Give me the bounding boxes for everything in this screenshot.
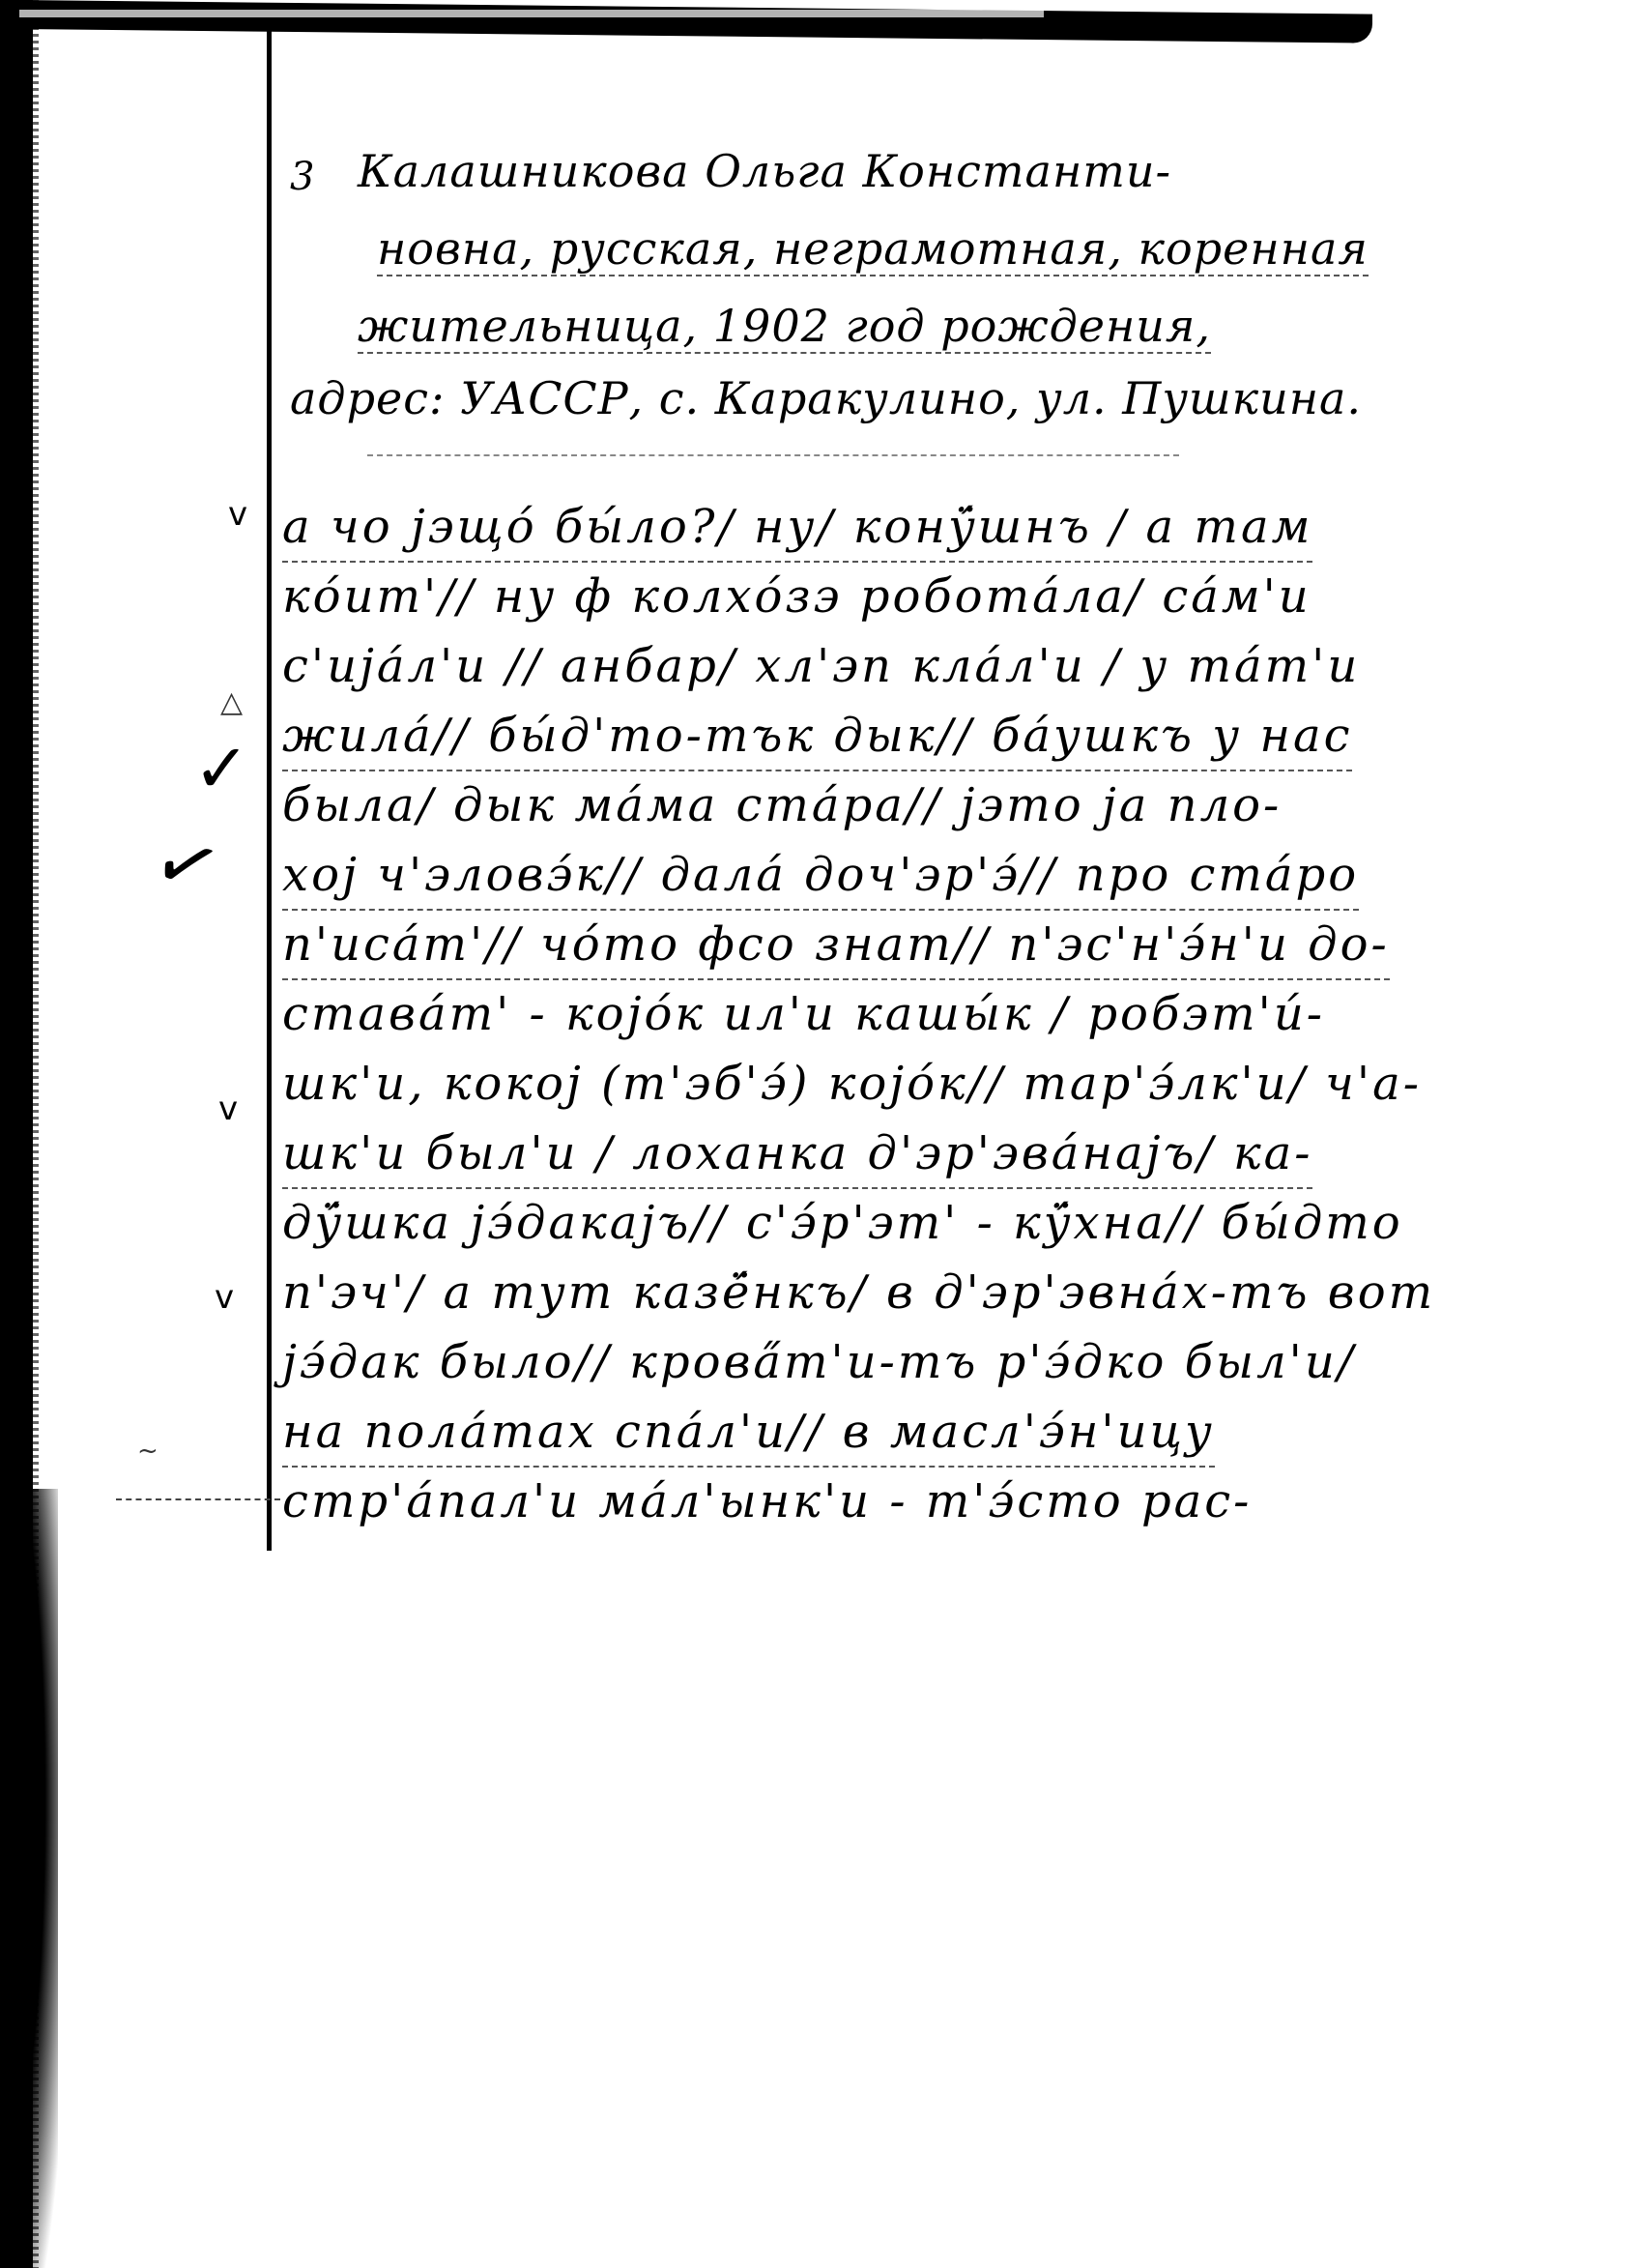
transcription-line-5: была/ дык ма́ма ста́ра// јэто ја пло- (282, 771, 1282, 839)
margin-large-check-mark-icon: ✓ (143, 818, 230, 913)
scan-edge-blot (0, 1489, 58, 2268)
margin-v-mark-icon: v (218, 1092, 238, 1125)
transcription-line-3: с'ија́л'и // анбар/ хл'эп кла́л'и / у та… (282, 632, 1360, 700)
transcription-line-14: на пола́тах спа́л'и// в масл'э́н'ицу (282, 1398, 1215, 1468)
margin-rule (267, 23, 272, 1551)
transcription-line-8: става́т' - којо́к ил'и кашы́к / робэт'и́… (282, 980, 1325, 1048)
heading-line-1: Калашникова Ольга Константи- (358, 145, 1171, 197)
heading-line-4: адрес: УАССР, с. Каракулино, ул. Пушкина… (290, 372, 1362, 424)
margin-v-mark-icon: v (228, 498, 247, 531)
transcription-line-6: хој ч'эловэ́к// дала́ доч'эр'э́// про ст… (282, 841, 1359, 911)
transcription-line-4: жила́// бы́д'то-тък дык// ба́ушкъ у нас (282, 702, 1352, 771)
transcription-line-7: п'иса́т'// чо́то фсо знат// п'эс'н'э́н'и… (282, 911, 1390, 980)
margin-squiggle-mark-icon: ~ (137, 1439, 159, 1464)
scan-edge-top-highlight (19, 10, 1044, 17)
transcription-line-1: а чо јэщо́ бы́ло?/ ну/ конӱ́шнъ / а там (282, 493, 1312, 563)
transcription-line-9: шк'и, кокој (т'эб'э́) којо́к// тар'э́лк'… (282, 1050, 1422, 1118)
margin-dash-line (116, 1498, 280, 1500)
transcription-line-13: јэ́дак было// кровa̋т'и-тъ р'э́дко был'и… (282, 1328, 1356, 1396)
entry-number: 3 (290, 155, 314, 199)
transcription-line-12: п'эч'/ а тут казё́нкъ/ в д'эр'эвна́х-тъ … (282, 1259, 1435, 1326)
transcription-line-10: шк'и был'и / лоханка д'эр'эва́најъ/ ка- (282, 1119, 1312, 1189)
heading-line-3: жительница, 1902 год рождения, (358, 300, 1211, 354)
margin-check-mark-icon: ✓ (193, 735, 250, 802)
transcription-line-2: ко́ит'// ну ф колхо́зэ робота́ла/ са́м'и (282, 563, 1312, 630)
section-divider (367, 454, 1179, 456)
heading-line-2: новна, русская, неграмотная, коренная (377, 222, 1369, 276)
transcription-line-11: дӱ́шка јэ́дакајъ// с'э́р'эт' - кӱ́хна// … (282, 1189, 1403, 1257)
scan-edge-top (19, 0, 1372, 44)
margin-v-mark-icon: v (215, 1281, 234, 1314)
margin-triangle-mark-icon: △ (220, 688, 243, 717)
transcription-line-15: стр'а́пал'и ма́л'ынк'и - т'э́сто рас- (282, 1468, 1252, 1535)
